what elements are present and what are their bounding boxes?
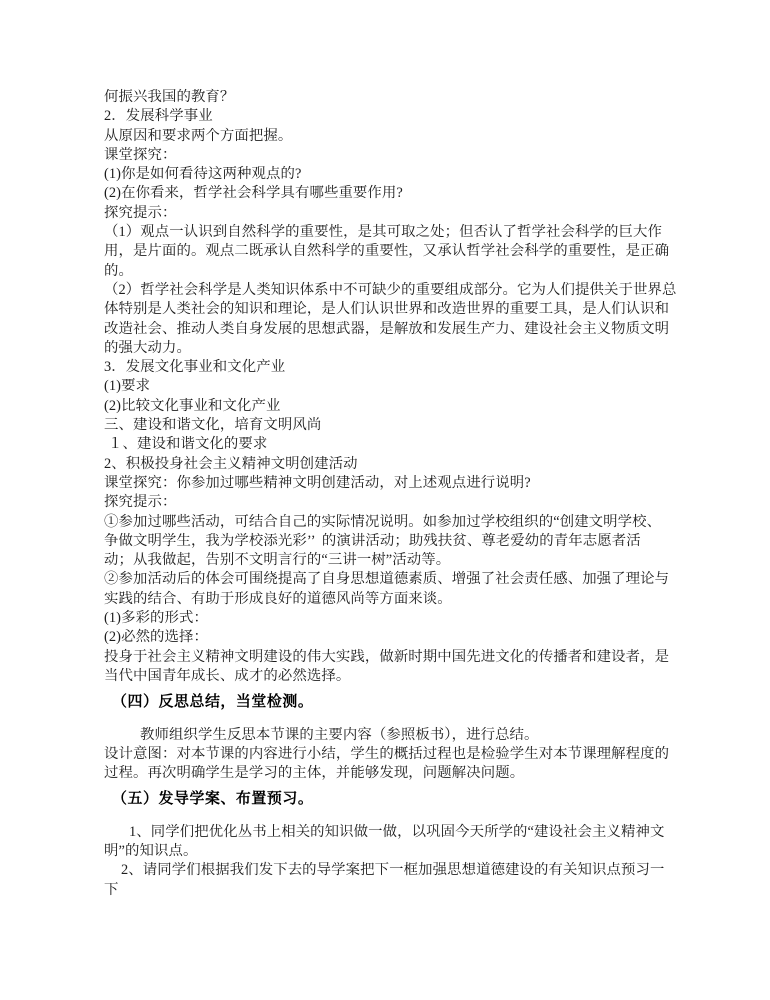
text-line: 从原因和要求两个方面把握。 [104, 127, 684, 146]
text-line: 争做文明学生，我为学校添光彩’’ 的演讲活动；助残扶贫、尊老爱幼的青年志愿者活 [104, 532, 684, 551]
text-line: 过程。再次明确学生是学习的主体，并能够发现，问题解决问题。 [104, 764, 684, 783]
text-line: 探究提示： [104, 493, 684, 512]
text-line: 明”的知识点。 [104, 842, 684, 861]
text-line: 设计意图：对本节课的内容进行小结，学生的概括过程也是检验学生对本节课理解程度的 [104, 745, 684, 764]
text-line: 课堂探究：你参加过哪些精神文明创建活动，对上述观点进行说明? [104, 474, 684, 493]
text-line: （2）哲学社会科学是人类知识体系中不可缺少的重要组成部分。它为人们提供关于世界总 [104, 281, 684, 300]
text-line: 探究提示： [104, 204, 684, 223]
text-line: (2)在你看来，哲学社会科学具有哪些重要作用? [104, 184, 684, 203]
text-line: (1)你是如何看待这两种观点的? [104, 165, 684, 184]
document-page: 何振兴我国的教育？2．发展科学事业从原因和要求两个方面把握。课堂探究：(1)你是… [0, 0, 770, 1000]
text-line: 实践的结合、有助于形成良好的道德风尚等方面来谈。 [104, 590, 684, 609]
section-heading: （四）反思总结，当堂检测。 [104, 693, 684, 712]
text-line: (1)多彩的形式： [104, 609, 684, 628]
text-line: 2、请同学们根据我们发下去的导学案把下一框加强思想道德建设的有关知识点预习一 [104, 861, 684, 880]
text-line: 2．发展科学事业 [104, 107, 684, 126]
text-line: 教师组织学生反思本节课的主要内容（参照板书），进行总结。 [104, 726, 684, 745]
text-line: 下 [104, 881, 684, 900]
text-line: 改造社会、推动人类自身发展的思想武器，是解放和发展生产力、建设社会主义物质文明 [104, 320, 684, 339]
text-line: 2、积极投身社会主义精神文明创建活动 [104, 455, 684, 474]
text-line: 体特别是人类社会的知识和理论，是人们认识世界和改造世界的重要工具，是人们认识和 [104, 300, 684, 319]
text-line: 何振兴我国的教育？ [104, 88, 684, 107]
text-line: 当代中国青年成长、成才的必然选择。 [104, 667, 684, 686]
text-line: (1)要求 [104, 377, 684, 396]
text-line: ②参加活动后的体会可围绕提高了自身思想道德素质、增强了社会责任感、加强了理论与 [104, 570, 684, 589]
text-line: （1）观点一认识到自然科学的重要性，是其可取之处；但否认了哲学社会科学的巨大作 [104, 223, 684, 242]
text-line: 1、同学们把优化丛书上相关的知识做一做，以巩固今天所学的“建设社会主义精神文 [104, 823, 684, 842]
text-line: 课堂探究： [104, 146, 684, 165]
text-line: ①参加过哪些活动，可结合自己的实际情况说明。如参加过学校组织的“创建文明学校、 [104, 513, 684, 532]
text-line: (2)必然的选择： [104, 628, 684, 647]
document-text-block: 何振兴我国的教育？2．发展科学事业从原因和要求两个方面把握。课堂探究：(1)你是… [104, 88, 684, 900]
text-line: 的。 [104, 262, 684, 281]
text-line: 的强大动力。 [104, 339, 684, 358]
text-line: 3．发展文化事业和文化产业 [104, 358, 684, 377]
text-line: １、建设和谐文化的要求 [104, 435, 684, 454]
text-line: (2)比较文化事业和文化产业 [104, 397, 684, 416]
section-heading: （五）发导学案、布置预习。 [104, 790, 684, 809]
text-line: 投身于社会主义精神文明建设的伟大实践，做新时期中国先进文化的传播者和建设者，是 [104, 648, 684, 667]
text-line: 三、建设和谐文化，培育文明风尚 [104, 416, 684, 435]
text-line: 动；从我做起，告别不文明言行的“三讲一树”活动等。 [104, 551, 684, 570]
text-line: 用，是片面的。观点二既承认自然科学的重要性，又承认哲学社会科学的重要性，是正确 [104, 242, 684, 261]
